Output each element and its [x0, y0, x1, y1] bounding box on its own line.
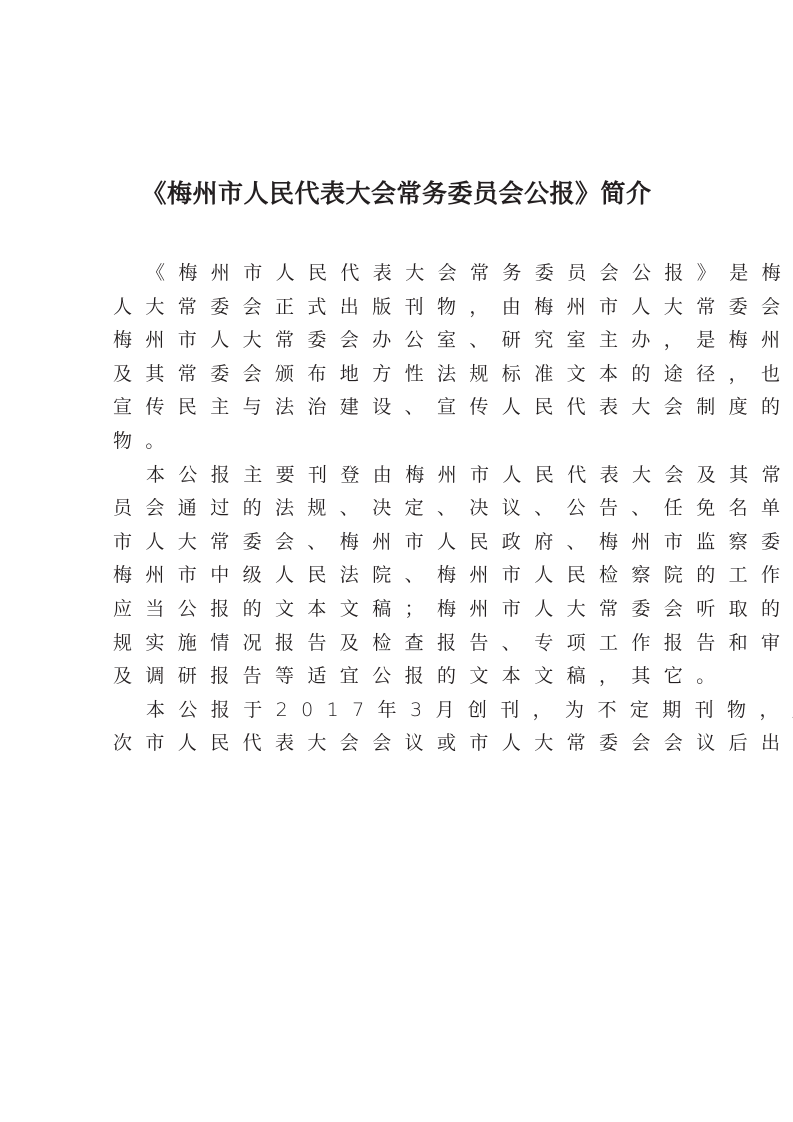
document-body: 《梅州市人民代表大会常务委员会公报》是梅州市 人大常委会正式出版刊物，由梅州市人…	[113, 257, 693, 761]
text-line: 市人大常委会、梅州市人民政府、梅州市监察委员会、	[113, 526, 693, 560]
text-line: 及其常委会颁布地方性法规标准文本的途径，也是我市	[113, 358, 693, 392]
paragraph-1: 《梅州市人民代表大会常务委员会公报》是梅州市 人大常委会正式出版刊物，由梅州市人…	[113, 257, 693, 459]
text-line: 梅州市中级人民法院、梅州市人民检察院的工作报告等	[113, 559, 693, 593]
page-title: 《梅州市人民代表大会常务委员会公报》简介	[0, 174, 793, 210]
text-line: 《梅州市人民代表大会常务委员会公报》是梅州市	[113, 257, 693, 291]
paragraph-2: 本公报主要刊登由梅州市人民代表大会及其常务委 员会通过的法规、决定、决议、公告、…	[113, 459, 693, 694]
text-line: 宣传民主与法治建设、宣传人民代表大会制度的重要刊	[113, 391, 693, 425]
text-line: 规实施情况报告及检查报告、专项工作报告和审议意见	[113, 627, 693, 661]
text-line: 梅州市人大常委会办公室、研究室主办，是梅州市人大	[113, 324, 693, 358]
text-line: 本公报主要刊登由梅州市人民代表大会及其常务委	[113, 459, 693, 493]
text-line: 应当公报的文本文稿；梅州市人大常委会听取的法律法	[113, 593, 693, 627]
paragraph-3: 本公报于2017年3月创刊，为不定期刊物，原则上每 次市人民代表大会会议或市人大…	[113, 694, 693, 761]
text-line: 及调研报告等适宜公报的文本文稿，其它。	[113, 660, 693, 694]
text-line: 员会通过的法规、决定、决议、公告、任免名单；梅州	[113, 492, 693, 526]
text-line: 人大常委会正式出版刊物，由梅州市人大常委会主管，	[113, 291, 693, 325]
text-line: 物。	[113, 425, 693, 459]
text-line: 本公报于2017年3月创刊，为不定期刊物，原则上每	[113, 694, 693, 728]
text-line: 次市人民代表大会会议或市人大常委会会议后出版一期。	[113, 727, 693, 761]
